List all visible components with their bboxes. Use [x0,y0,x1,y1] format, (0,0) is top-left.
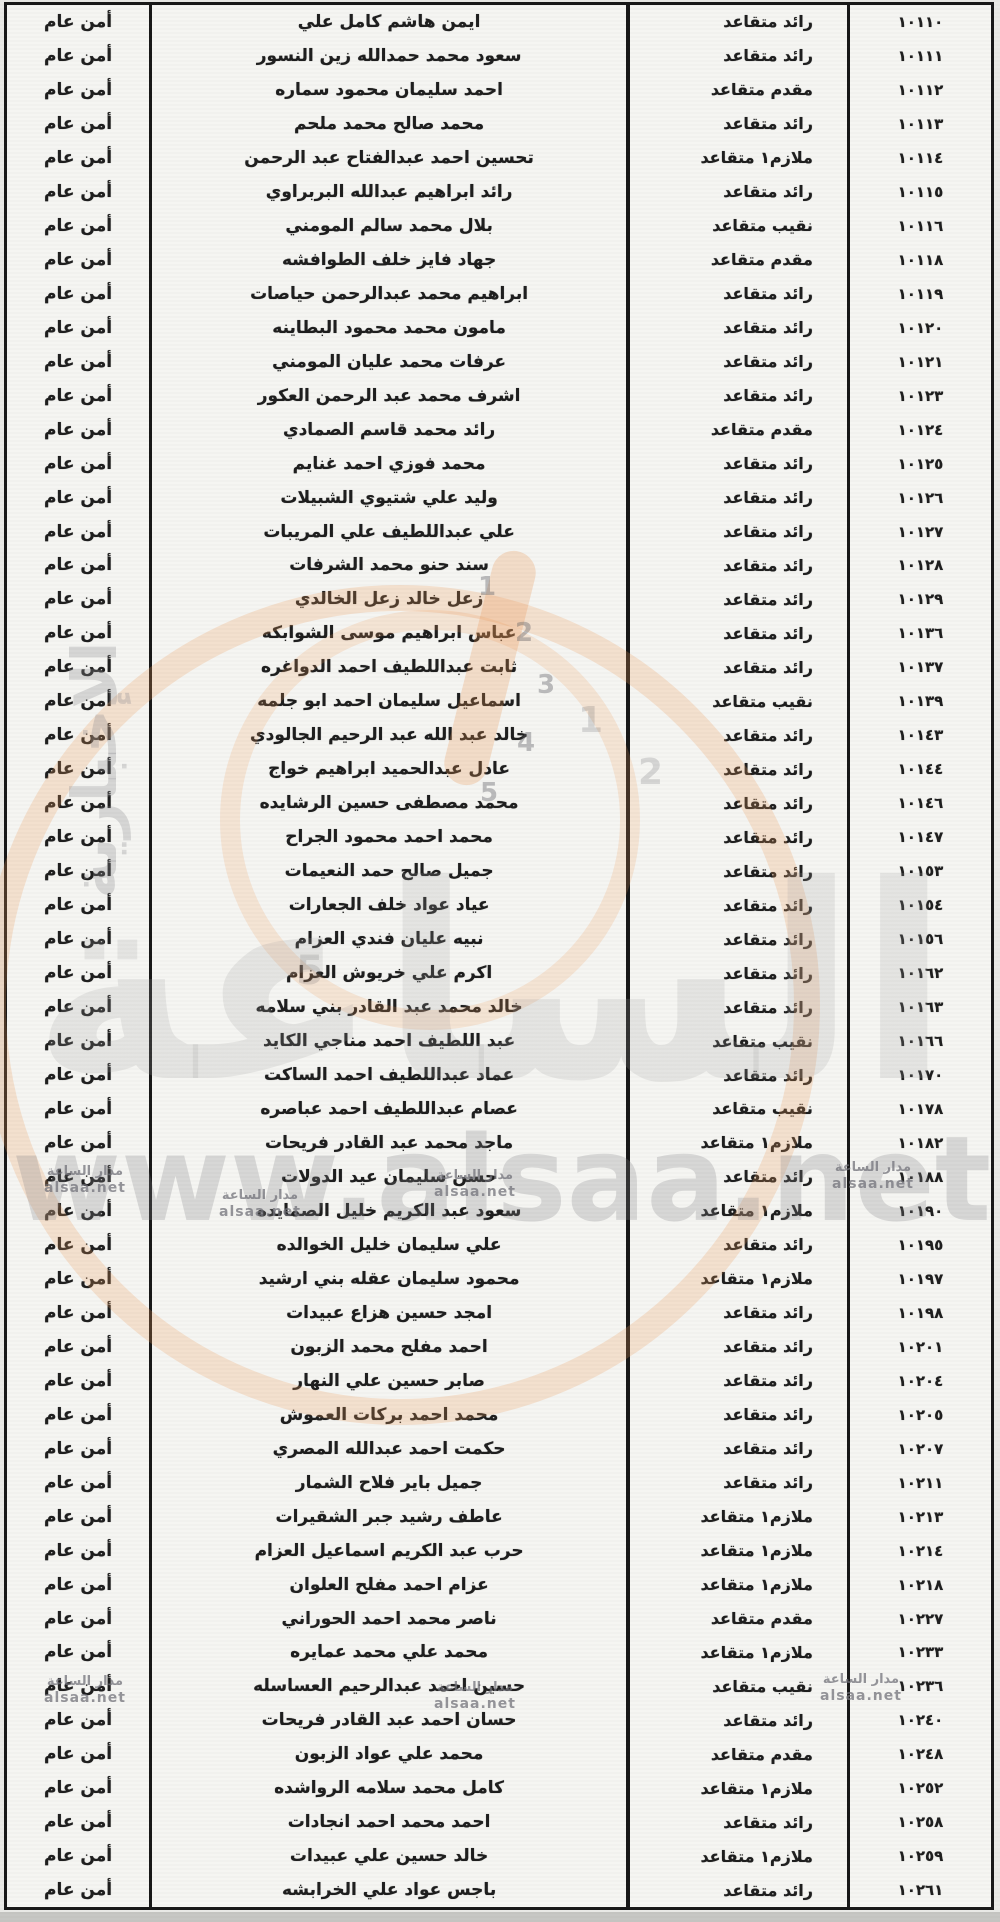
service-number-cell: ١٠١٥٤ [847,888,991,922]
table-row: ١٠١٩٧ملازم١ متقاعدمحمود سليمان عقله بني … [7,1262,991,1296]
rank-cell: رائد متقاعد [626,1296,847,1330]
service-number-cell: ١٠٢٥٩ [847,1839,991,1873]
table-row: ١٠١٥٦رائد متقاعدنبيه عليان فندي العزامأم… [7,922,991,956]
rank-cell: رائد متقاعد [626,888,847,922]
name-cell: علي عبداللطيف علي المريبات [149,515,626,549]
name-cell: صابر حسين علي النهار [149,1364,626,1398]
service-number-cell: ١٠٢٤٠ [847,1703,991,1737]
rank-cell: رائد متقاعد [626,311,847,345]
unit-cell: أمن عام [7,820,149,854]
service-number-cell: ١٠٢٠٧ [847,1432,991,1466]
unit-cell: أمن عام [7,413,149,447]
table-row: ١٠١٩٨رائد متقاعدامجد حسين هزاع عبيداتأمن… [7,1296,991,1330]
table-row: ١٠١٢٨رائد متقاعدسند حنو محمد الشرفاتأمن … [7,549,991,583]
rank-cell: رائد متقاعد [626,1398,847,1432]
unit-cell: أمن عام [7,1602,149,1636]
rank-cell: رائد متقاعد [626,956,847,990]
name-cell: رائد محمد قاسم الصمادي [149,413,626,447]
name-cell: محمد علي عواد الزبون [149,1737,626,1771]
service-number-cell: ١٠١٣٧ [847,650,991,684]
table-row: ١٠١٦٦نقيب متقاعدعبد اللطيف احمد مناجي ال… [7,1024,991,1058]
unit-cell: أمن عام [7,1839,149,1873]
rank-cell: رائد متقاعد [626,549,847,583]
rank-cell: رائد متقاعد [626,854,847,888]
unit-cell: أمن عام [7,175,149,209]
table-row: ١٠٢١٣ملازم١ متقاعدعاطف رشيد جبر الشقيرات… [7,1500,991,1534]
name-cell: اشرف محمد عبد الرحمن العكور [149,379,626,413]
table-row: ١٠٢٠٤رائد متقاعدصابر حسين علي النهارأمن … [7,1364,991,1398]
service-number-cell: ١٠١٢١ [847,345,991,379]
service-number-cell: ١٠١٤٤ [847,752,991,786]
name-cell: امجد حسين هزاع عبيدات [149,1296,626,1330]
service-number-cell: ١٠١٢٣ [847,379,991,413]
unit-cell: أمن عام [7,1058,149,1092]
unit-cell: أمن عام [7,549,149,583]
unit-cell: أمن عام [7,922,149,956]
name-cell: محمود سليمان عقله بني ارشيد [149,1262,626,1296]
table-row: ١٠١٢٣رائد متقاعداشرف محمد عبد الرحمن الع… [7,379,991,413]
service-number-cell: ١٠١١٥ [847,175,991,209]
rank-cell: رائد متقاعد [626,1466,847,1500]
service-number-cell: ١٠١٦٦ [847,1024,991,1058]
name-cell: بلال محمد سالم المومني [149,209,626,243]
rank-cell: رائد متقاعد [626,582,847,616]
table-row: ١٠١٢٠رائد متقاعدمامون محمد محمود البطاين… [7,311,991,345]
unit-cell: أمن عام [7,786,149,820]
service-number-cell: ١٠١٢٨ [847,549,991,583]
name-cell: مامون محمد محمود البطاينه [149,311,626,345]
table-row: ١٠٢٦١رائد متقاعدباجس عواد علي الخرابشهأم… [7,1873,991,1907]
service-number-cell: ١٠١٧٠ [847,1058,991,1092]
service-number-cell: ١٠١٢٦ [847,481,991,515]
table-row: ١٠١١٥رائد متقاعدرائد ابراهيم عبدالله الب… [7,175,991,209]
name-cell: عرفات محمد عليان المومني [149,345,626,379]
name-cell: جميل باير فلاح الشمار [149,1466,626,1500]
unit-cell: أمن عام [7,1568,149,1602]
service-number-cell: ١٠٢٣٣ [847,1636,991,1670]
name-cell: اسماعيل سليمان احمد ابو جلمه [149,684,626,718]
rank-cell: مقدم متقاعد [626,1602,847,1636]
unit-cell: أمن عام [7,141,149,175]
name-cell: عصام عبداللطيف احمد عباصره [149,1092,626,1126]
retirees-table: ١٠١١٠رائد متقاعدايمن هاشم كامل عليأمن عا… [4,2,994,1910]
table-row: ١٠١١٦نقيب متقاعدبلال محمد سالم المومنيأم… [7,209,991,243]
table-row: ١٠٢٥٨رائد متقاعداحمد محمد احمد انجاداتأم… [7,1805,991,1839]
table-row: ١٠١٢٤مقدم متقاعدرائد محمد قاسم الصماديأم… [7,413,991,447]
name-cell: محمد مصطفى حسين الرشايده [149,786,626,820]
name-cell: حسان احمد عبد القادر فريحات [149,1703,626,1737]
table-row: ١٠١١٨مقدم متقاعدجهاد فايز خلف الطوافشهأم… [7,243,991,277]
table-row: ١٠١٢٦رائد متقاعدوليد علي شتيوي الشبيلاتأ… [7,481,991,515]
rank-cell: ملازم١ متقاعد [626,141,847,175]
unit-cell: أمن عام [7,1432,149,1466]
rank-cell: ملازم١ متقاعد [626,1568,847,1602]
unit-cell: أمن عام [7,1194,149,1228]
rank-cell: رائد متقاعد [626,1058,847,1092]
rank-cell: نقيب متقاعد [626,1092,847,1126]
table-row: ١٠١٥٣رائد متقاعدجميل صالح حمد النعيماتأم… [7,854,991,888]
name-cell: ايمن هاشم كامل علي [149,5,626,39]
name-cell: اكرم علي خريوش العزام [149,956,626,990]
rank-cell: رائد متقاعد [626,107,847,141]
rank-cell: رائد متقاعد [626,922,847,956]
rank-cell: رائد متقاعد [626,718,847,752]
unit-cell: أمن عام [7,311,149,345]
unit-cell: أمن عام [7,1160,149,1194]
rank-cell: ملازم١ متقاعد [626,1126,847,1160]
rank-cell: مقدم متقاعد [626,413,847,447]
unit-cell: أمن عام [7,1330,149,1364]
service-number-cell: ١٠١٧٨ [847,1092,991,1126]
name-cell: حسين احمد عبدالرحيم العساسله [149,1669,626,1703]
service-number-cell: ١٠١٤٧ [847,820,991,854]
name-cell: محمد احمد بركات العموش [149,1398,626,1432]
unit-cell: أمن عام [7,345,149,379]
service-number-cell: ١٠١٩٨ [847,1296,991,1330]
table-row: ١٠١٢٩رائد متقاعدزعل خالد زعل الخالديأمن … [7,582,991,616]
service-number-cell: ١٠١٦٣ [847,990,991,1024]
name-cell: ناصر محمد احمد الحوراني [149,1602,626,1636]
rank-cell: رائد متقاعد [626,345,847,379]
table-row: ١٠٢١١رائد متقاعدجميل باير فلاح الشمارأمن… [7,1466,991,1500]
unit-cell: أمن عام [7,752,149,786]
rank-cell: نقيب متقاعد [626,1024,847,1058]
service-number-cell: ١٠١٣٩ [847,684,991,718]
rank-cell: رائد متقاعد [626,616,847,650]
name-cell: تحسين احمد عبدالفتاح عبد الرحمن [149,141,626,175]
service-number-cell: ١٠١٢٠ [847,311,991,345]
table-row: ١٠٢٠٧رائد متقاعدحكمت احمد عبدالله المصري… [7,1432,991,1466]
unit-cell: أمن عام [7,1737,149,1771]
service-number-cell: ١٠١٤٣ [847,718,991,752]
name-cell: خالد عبد الله عبد الرحيم الجالودي [149,718,626,752]
rank-cell: مقدم متقاعد [626,1737,847,1771]
rank-cell: رائد متقاعد [626,1364,847,1398]
table-row: ١٠١٤٧رائد متقاعدمحمد احمد محمود الجراحأم… [7,820,991,854]
rank-cell: ملازم١ متقاعد [626,1771,847,1805]
service-number-cell: ١٠٢٢٧ [847,1602,991,1636]
unit-cell: أمن عام [7,1262,149,1296]
name-cell: زعل خالد زعل الخالدي [149,582,626,616]
scanned-document-page: ١٠١١٠رائد متقاعدايمن هاشم كامل عليأمن عا… [0,0,1000,1922]
rank-cell: رائد متقاعد [626,515,847,549]
unit-cell: أمن عام [7,718,149,752]
service-number-cell: ١٠١٢٤ [847,413,991,447]
table-row: ١٠٢٣٦نقيب متقاعدحسين احمد عبدالرحيم العس… [7,1669,991,1703]
rank-cell: رائد متقاعد [626,1228,847,1262]
rank-cell: رائد متقاعد [626,752,847,786]
unit-cell: أمن عام [7,39,149,73]
table-row: ١٠١٦٢رائد متقاعداكرم علي خريوش العزامأمن… [7,956,991,990]
rank-cell: رائد متقاعد [626,379,847,413]
unit-cell: أمن عام [7,481,149,515]
name-cell: عماد عبداللطيف احمد الساكت [149,1058,626,1092]
unit-cell: أمن عام [7,243,149,277]
table-row: ١٠١٣٧رائد متقاعدثابت عبداللطيف احمد الدو… [7,650,991,684]
rank-cell: ملازم١ متقاعد [626,1636,847,1670]
service-number-cell: ١٠١٦٢ [847,956,991,990]
unit-cell: أمن عام [7,1228,149,1262]
service-number-cell: ١٠١١٩ [847,277,991,311]
table-row: ١٠١٦٣رائد متقاعدخالد محمد عبد القادر بني… [7,990,991,1024]
name-cell: وليد علي شتيوي الشبيلات [149,481,626,515]
rank-cell: رائد متقاعد [626,175,847,209]
unit-cell: أمن عام [7,1873,149,1907]
rank-cell: ملازم١ متقاعد [626,1262,847,1296]
rank-cell: ملازم١ متقاعد [626,1534,847,1568]
table-row: ١٠١١٤ملازم١ متقاعدتحسين احمد عبدالفتاح ع… [7,141,991,175]
unit-cell: أمن عام [7,650,149,684]
unit-cell: أمن عام [7,616,149,650]
table-row: ١٠٢١٤ملازم١ متقاعدحرب عبد الكريم اسماعيل… [7,1534,991,1568]
unit-cell: أمن عام [7,1364,149,1398]
table-row: ١٠٢٤٠رائد متقاعدحسان احمد عبد القادر فري… [7,1703,991,1737]
name-cell: جميل صالح حمد النعيمات [149,854,626,888]
service-number-cell: ١٠٢١٤ [847,1534,991,1568]
table-row: ١٠٢٥٩ملازم١ متقاعدخالد حسين علي عبيداتأم… [7,1839,991,1873]
table-row: ١٠٢٣٣ملازم١ متقاعدمحمد علي محمد عمايرهأم… [7,1636,991,1670]
name-cell: علي سليمان خليل الخوالده [149,1228,626,1262]
unit-cell: أمن عام [7,1534,149,1568]
service-number-cell: ١٠١٢٩ [847,582,991,616]
table-row: ١٠١١١رائد متقاعدسعود محمد حمدالله زين ال… [7,39,991,73]
name-cell: سعود عبد الكريم خليل الصمايده [149,1194,626,1228]
table-row: ١٠١١٣رائد متقاعدمحمد صالح محمد ملحمأمن ع… [7,107,991,141]
table-row: ١٠١٣٦رائد متقاعدعباس ابراهيم موسى الشواب… [7,616,991,650]
service-number-cell: ١٠٢٠٥ [847,1398,991,1432]
unit-cell: أمن عام [7,990,149,1024]
service-number-cell: ١٠٢١١ [847,1466,991,1500]
rank-cell: رائد متقاعد [626,990,847,1024]
unit-cell: أمن عام [7,956,149,990]
table-row: ١٠١٨٨رائد متقاعدحسن سليمان عيد الدولاتأم… [7,1160,991,1194]
name-cell: حسن سليمان عيد الدولات [149,1160,626,1194]
service-number-cell: ١٠٢٣٦ [847,1669,991,1703]
rank-cell: رائد متقاعد [626,1330,847,1364]
unit-cell: أمن عام [7,1126,149,1160]
rank-cell: رائد متقاعد [626,1160,847,1194]
name-cell: ابراهيم محمد عبدالرحمن حياصات [149,277,626,311]
table-row: ١٠٢٠٥رائد متقاعدمحمد احمد بركات العموشأم… [7,1398,991,1432]
name-cell: خالد محمد عبد القادر بني سلامه [149,990,626,1024]
unit-cell: أمن عام [7,1636,149,1670]
service-number-cell: ١٠٢١٨ [847,1568,991,1602]
unit-cell: أمن عام [7,5,149,39]
table-row: ١٠١٣٩نقيب متقاعداسماعيل سليمان احمد ابو … [7,684,991,718]
unit-cell: أمن عام [7,888,149,922]
table-row: ١٠٢٥٢ملازم١ متقاعدكامل محمد سلامه الرواش… [7,1771,991,1805]
rank-cell: مقدم متقاعد [626,243,847,277]
name-cell: سعود محمد حمدالله زين النسور [149,39,626,73]
name-cell: كامل محمد سلامه الرواشده [149,1771,626,1805]
service-number-cell: ١٠٢٠١ [847,1330,991,1364]
table-row: ١٠٢٤٨مقدم متقاعدمحمد علي عواد الزبونأمن … [7,1737,991,1771]
name-cell: عباس ابراهيم موسى الشوابكه [149,616,626,650]
unit-cell: أمن عام [7,1500,149,1534]
table-row: ١٠١٤٦رائد متقاعدمحمد مصطفى حسين الرشايده… [7,786,991,820]
service-number-cell: ١٠٢٤٨ [847,1737,991,1771]
service-number-cell: ١٠٢٥٨ [847,1805,991,1839]
name-cell: سند حنو محمد الشرفات [149,549,626,583]
table-row: ١٠١٨٢ملازم١ متقاعدماجد محمد عبد القادر ف… [7,1126,991,1160]
name-cell: ماجد محمد عبد القادر فريحات [149,1126,626,1160]
service-number-cell: ١٠١١٢ [847,73,991,107]
unit-cell: أمن عام [7,1466,149,1500]
service-number-cell: ١٠١٢٧ [847,515,991,549]
service-number-cell: ١٠١٢٥ [847,447,991,481]
table-row: ١٠١٤٣رائد متقاعدخالد عبد الله عبد الرحيم… [7,718,991,752]
service-number-cell: ١٠١٥٣ [847,854,991,888]
unit-cell: أمن عام [7,1296,149,1330]
service-number-cell: ١٠٢٥٢ [847,1771,991,1805]
rank-cell: ملازم١ متقاعد [626,1839,847,1873]
unit-cell: أمن عام [7,582,149,616]
name-cell: حرب عبد الكريم اسماعيل العزام [149,1534,626,1568]
name-cell: عادل عبدالحميد ابراهيم خواج [149,752,626,786]
unit-cell: أمن عام [7,515,149,549]
rank-cell: رائد متقاعد [626,277,847,311]
table-row: ١٠١١٢مقدم متقاعداحمد سليمان محمود سمارهأ… [7,73,991,107]
rank-cell: نقيب متقاعد [626,684,847,718]
name-cell: محمد صالح محمد ملحم [149,107,626,141]
name-cell: عياد عواد خلف الجعارات [149,888,626,922]
service-number-cell: ١٠١٨٢ [847,1126,991,1160]
unit-cell: أمن عام [7,1703,149,1737]
rank-cell: نقيب متقاعد [626,209,847,243]
table-row: ١٠١٤٤رائد متقاعدعادل عبدالحميد ابراهيم خ… [7,752,991,786]
unit-cell: أمن عام [7,107,149,141]
service-number-cell: ١٠٢٠٤ [847,1364,991,1398]
unit-cell: أمن عام [7,1092,149,1126]
service-number-cell: ١٠١١٨ [847,243,991,277]
rank-cell: رائد متقاعد [626,481,847,515]
service-number-cell: ١٠١١٦ [847,209,991,243]
name-cell: جهاد فايز خلف الطوافشه [149,243,626,277]
table-row: ١٠١٩٠ملازم١ متقاعدسعود عبد الكريم خليل ا… [7,1194,991,1228]
name-cell: نبيه عليان فندي العزام [149,922,626,956]
name-cell: خالد حسين علي عبيدات [149,1839,626,1873]
unit-cell: أمن عام [7,1805,149,1839]
unit-cell: أمن عام [7,854,149,888]
name-cell: محمد احمد محمود الجراح [149,820,626,854]
table-row: ١٠١٥٤رائد متقاعدعياد عواد خلف الجعاراتأم… [7,888,991,922]
name-cell: عاطف رشيد جبر الشقيرات [149,1500,626,1534]
name-cell: حكمت احمد عبدالله المصري [149,1432,626,1466]
table-row: ١٠١٧٠رائد متقاعدعماد عبداللطيف احمد السا… [7,1058,991,1092]
unit-cell: أمن عام [7,277,149,311]
table-row: ١٠١٢١رائد متقاعدعرفات محمد عليان المومني… [7,345,991,379]
name-cell: احمد مفلح محمد الزبون [149,1330,626,1364]
table-row: ١٠١١٩رائد متقاعدابراهيم محمد عبدالرحمن ح… [7,277,991,311]
name-cell: احمد سليمان محمود سماره [149,73,626,107]
service-number-cell: ١٠٢٦١ [847,1873,991,1907]
rank-cell: مقدم متقاعد [626,73,847,107]
table-row: ١٠١١٠رائد متقاعدايمن هاشم كامل عليأمن عا… [7,5,991,39]
name-cell: رائد ابراهيم عبدالله البربراوي [149,175,626,209]
table-row: ١٠١٢٥رائد متقاعدمحمد فوزي احمد غنايمأمن … [7,447,991,481]
table-body: ١٠١١٠رائد متقاعدايمن هاشم كامل عليأمن عا… [7,5,991,1907]
service-number-cell: ١٠١٤٦ [847,786,991,820]
unit-cell: أمن عام [7,379,149,413]
table-row: ١٠٢١٨ملازم١ متقاعدعزام احمد مفلح العلوان… [7,1568,991,1602]
rank-cell: رائد متقاعد [626,447,847,481]
table-row: ١٠١٢٧رائد متقاعدعلي عبداللطيف علي المريب… [7,515,991,549]
name-cell: محمد فوزي احمد غنايم [149,447,626,481]
unit-cell: أمن عام [7,684,149,718]
service-number-cell: ١٠١١٤ [847,141,991,175]
rank-cell: نقيب متقاعد [626,1669,847,1703]
unit-cell: أمن عام [7,73,149,107]
unit-cell: أمن عام [7,1669,149,1703]
rank-cell: رائد متقاعد [626,39,847,73]
rank-cell: رائد متقاعد [626,1805,847,1839]
service-number-cell: ١٠١٩٧ [847,1262,991,1296]
rank-cell: رائد متقاعد [626,1703,847,1737]
rank-cell: رائد متقاعد [626,1432,847,1466]
table-row: ١٠٢٠١رائد متقاعداحمد مفلح محمد الزبونأمن… [7,1330,991,1364]
service-number-cell: ١٠٢١٣ [847,1500,991,1534]
rank-cell: رائد متقاعد [626,650,847,684]
table-row: ١٠١٩٥رائد متقاعدعلي سليمان خليل الخوالده… [7,1228,991,1262]
unit-cell: أمن عام [7,1398,149,1432]
table-row: ١٠١٧٨نقيب متقاعدعصام عبداللطيف احمد عباص… [7,1092,991,1126]
name-cell: محمد علي محمد عمايره [149,1636,626,1670]
name-cell: احمد محمد احمد انجادات [149,1805,626,1839]
name-cell: عزام احمد مفلح العلوان [149,1568,626,1602]
service-number-cell: ١٠١٣٦ [847,616,991,650]
rank-cell: رائد متقاعد [626,786,847,820]
name-cell: ثابت عبداللطيف احمد الدواغره [149,650,626,684]
service-number-cell: ١٠١٩٥ [847,1228,991,1262]
rank-cell: ملازم١ متقاعد [626,1500,847,1534]
name-cell: عبد اللطيف احمد مناجي الكايد [149,1024,626,1058]
rank-cell: ملازم١ متقاعد [626,1194,847,1228]
service-number-cell: ١٠١٨٨ [847,1160,991,1194]
table-row: ١٠٢٢٧مقدم متقاعدناصر محمد احمد الحورانيأ… [7,1602,991,1636]
unit-cell: أمن عام [7,1771,149,1805]
rank-cell: رائد متقاعد [626,820,847,854]
service-number-cell: ١٠١١١ [847,39,991,73]
service-number-cell: ١٠١١٠ [847,5,991,39]
unit-cell: أمن عام [7,1024,149,1058]
service-number-cell: ١٠١٩٠ [847,1194,991,1228]
name-cell: باجس عواد علي الخرابشه [149,1873,626,1907]
rank-cell: رائد متقاعد [626,1873,847,1907]
service-number-cell: ١٠١١٣ [847,107,991,141]
unit-cell: أمن عام [7,209,149,243]
service-number-cell: ١٠١٥٦ [847,922,991,956]
page-bottom-margin [0,1912,1000,1922]
rank-cell: رائد متقاعد [626,5,847,39]
unit-cell: أمن عام [7,447,149,481]
